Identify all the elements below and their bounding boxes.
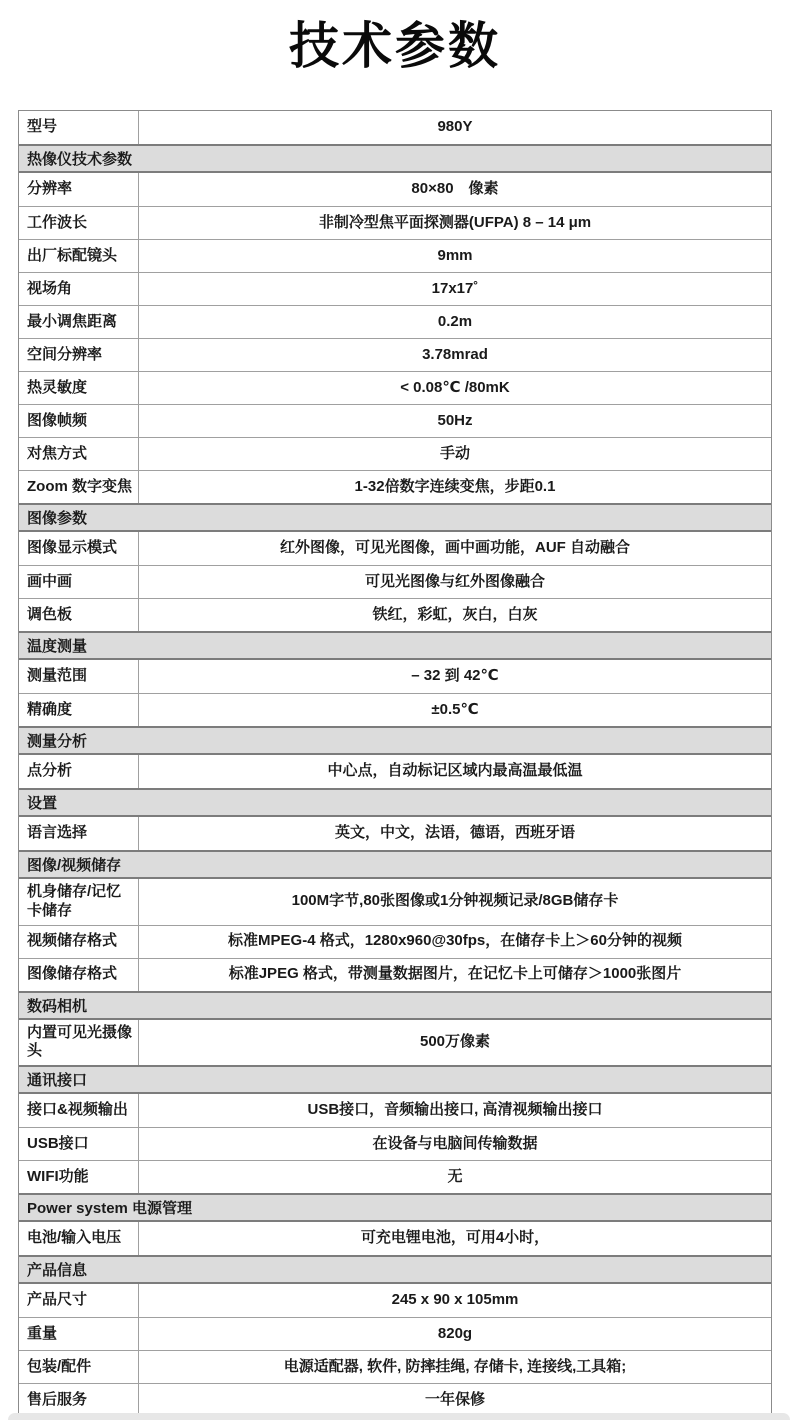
spec-label: 视频储存格式 — [19, 926, 139, 958]
spec-label: 测量范围 — [19, 660, 139, 693]
spec-label: 图像储存格式 — [19, 959, 139, 991]
spec-label: 售后服务 — [19, 1384, 139, 1416]
spec-value: 可充电锂电池，可用4小时， — [139, 1222, 771, 1255]
section-header-label: 数码相机 — [27, 995, 87, 1016]
spec-label: 内置可见光摄像头 — [19, 1020, 139, 1066]
spec-value: 50Hz — [139, 405, 771, 437]
spec-value: 铁红，彩虹，灰白，白灰 — [139, 599, 771, 631]
spec-value: 无 — [139, 1161, 771, 1193]
spec-row: 图像储存格式标准JPEG 格式，带测量数据图片，在记忆卡上可储存＞1000张图片 — [19, 958, 771, 991]
spec-value: 17x17˚ — [139, 273, 771, 305]
spec-label: 分辨率 — [19, 173, 139, 206]
spec-value: 一年保修 — [139, 1384, 771, 1416]
spec-row: 出厂标配镜头9mm — [19, 239, 771, 272]
spec-value: 3.78mrad — [139, 339, 771, 371]
spec-label: 最小调焦距离 — [19, 306, 139, 338]
spec-label: 出厂标配镜头 — [19, 240, 139, 272]
spec-value: 中心点，自动标记区域内最高温最低温 — [139, 755, 771, 788]
spec-row: 包装/配件电源适配器, 软件, 防摔挂绳, 存储卡, 连接线,工具箱; — [19, 1350, 771, 1383]
spec-value: 电源适配器, 软件, 防摔挂绳, 存储卡, 连接线,工具箱; — [139, 1351, 771, 1383]
section-header-row: Power system 电源管理 — [19, 1193, 771, 1222]
spec-row: 空间分辨率3.78mrad — [19, 338, 771, 371]
section-header-row: 热像仪技术参数 — [19, 144, 771, 173]
spec-label: WIFI功能 — [19, 1161, 139, 1193]
section-header-label: 产品信息 — [27, 1259, 87, 1280]
spec-row: 调色板铁红，彩虹，灰白，白灰 — [19, 598, 771, 631]
section-header-row: 数码相机 — [19, 991, 771, 1020]
section-header-label: 测量分析 — [27, 730, 87, 751]
section-header-row: 测量分析 — [19, 726, 771, 755]
spec-value: 500万像素 — [139, 1020, 771, 1066]
spec-label: USB接口 — [19, 1128, 139, 1160]
section-header-row: 设置 — [19, 788, 771, 817]
spec-value: 可见光图像与红外图像融合 — [139, 566, 771, 598]
section-header-label: 图像/视频储存 — [27, 854, 121, 875]
spec-label: 图像帧频 — [19, 405, 139, 437]
spec-row: WIFI功能无 — [19, 1160, 771, 1193]
spec-row: 视场角17x17˚ — [19, 272, 771, 305]
spec-row: 点分析中心点，自动标记区域内最高温最低温 — [19, 755, 771, 788]
spec-value: 1-32倍数字连续变焦，步距0.1 — [139, 471, 771, 503]
spec-value: 标准JPEG 格式，带测量数据图片，在记忆卡上可储存＞1000张图片 — [139, 959, 771, 991]
section-header-row: 图像/视频储存 — [19, 850, 771, 879]
spec-row: 测量范围– 32 到 42℃ — [19, 660, 771, 693]
spec-label: 型号 — [19, 111, 139, 144]
spec-value: – 32 到 42℃ — [139, 660, 771, 693]
section-header-label: Power system 电源管理 — [27, 1197, 192, 1218]
section-header-row: 通讯接口 — [19, 1065, 771, 1094]
spec-row: 型号980Y — [19, 111, 771, 144]
spec-label: Zoom 数字变焦 — [19, 471, 139, 503]
spec-value: 手动 — [139, 438, 771, 470]
spec-label: 接口&视频输出 — [19, 1094, 139, 1127]
spec-row: 对焦方式手动 — [19, 437, 771, 470]
spec-label: 语言选择 — [19, 817, 139, 850]
section-header-row: 温度测量 — [19, 631, 771, 660]
spec-row: 工作波长非制冷型焦平面探测器(UFPA) 8 – 14 μm — [19, 206, 771, 239]
spec-row: 产品尺寸245 x 90 x 105mm — [19, 1284, 771, 1317]
spec-value: 0.2m — [139, 306, 771, 338]
spec-label: 调色板 — [19, 599, 139, 631]
section-header-row: 产品信息 — [19, 1255, 771, 1284]
spec-value: USB接口，音频输出接口, 高清视频输出接口 — [139, 1094, 771, 1127]
spec-row: 重量820g — [19, 1317, 771, 1350]
spec-value: < 0.08℃ /80mK — [139, 372, 771, 404]
spec-label: 工作波长 — [19, 207, 139, 239]
spec-value: 80×80 像素 — [139, 173, 771, 206]
spec-label: 重量 — [19, 1318, 139, 1350]
spec-value: ±0.5℃ — [139, 694, 771, 726]
spec-value: 245 x 90 x 105mm — [139, 1284, 771, 1317]
spec-row: 语言选择英文，中文，法语，德语，西班牙语 — [19, 817, 771, 850]
spec-label: 精确度 — [19, 694, 139, 726]
spec-label: 电池/输入电压 — [19, 1222, 139, 1255]
spec-row: 分辨率80×80 像素 — [19, 173, 771, 206]
section-header-row: 图像参数 — [19, 503, 771, 532]
spec-value: 红外图像，可见光图像，画中画功能，AUF 自动融合 — [139, 532, 771, 565]
spec-label: 包装/配件 — [19, 1351, 139, 1383]
spec-row: 电池/输入电压可充电锂电池，可用4小时， — [19, 1222, 771, 1255]
spec-label: 点分析 — [19, 755, 139, 788]
spec-row: 视频储存格式标准MPEG-4 格式，1280x960@30fps，在储存卡上＞6… — [19, 925, 771, 958]
section-header-label: 热像仪技术参数 — [27, 148, 132, 169]
spec-row: Zoom 数字变焦1-32倍数字连续变焦，步距0.1 — [19, 470, 771, 503]
spec-label: 视场角 — [19, 273, 139, 305]
spec-value: 标准MPEG-4 格式，1280x960@30fps，在储存卡上＞60分钟的视频 — [139, 926, 771, 958]
spec-value: 非制冷型焦平面探测器(UFPA) 8 – 14 μm — [139, 207, 771, 239]
section-header-label: 设置 — [27, 792, 57, 813]
spec-row: 图像帧频50Hz — [19, 404, 771, 437]
spec-value: 英文，中文，法语，德语，西班牙语 — [139, 817, 771, 850]
page-title: 技术参数 — [0, 16, 790, 76]
spec-label: 产品尺寸 — [19, 1284, 139, 1317]
spec-row: 机身储存/记忆卡储存100M字节,80张图像或1分钟视频记录/8GB储存卡 — [19, 879, 771, 925]
section-header-label: 图像参数 — [27, 507, 87, 528]
spec-value: 9mm — [139, 240, 771, 272]
spec-label: 热灵敏度 — [19, 372, 139, 404]
section-header-label: 通讯接口 — [27, 1069, 87, 1090]
spec-row: 接口&视频输出USB接口，音频输出接口, 高清视频输出接口 — [19, 1094, 771, 1127]
spec-row: USB接口在设备与电脑间传输数据 — [19, 1127, 771, 1160]
spec-row: 画中画可见光图像与红外图像融合 — [19, 565, 771, 598]
spec-row: 最小调焦距离0.2m — [19, 305, 771, 338]
spec-row: 内置可见光摄像头500万像素 — [19, 1020, 771, 1066]
spec-value: 980Y — [139, 111, 771, 144]
spec-value: 100M字节,80张图像或1分钟视频记录/8GB储存卡 — [139, 879, 771, 925]
spec-label: 图像显示模式 — [19, 532, 139, 565]
spec-label: 空间分辨率 — [19, 339, 139, 371]
spec-row: 售后服务一年保修 — [19, 1383, 771, 1416]
spec-table: 型号980Y热像仪技术参数分辨率80×80 像素工作波长非制冷型焦平面探测器(U… — [18, 110, 772, 1417]
section-header-label: 温度测量 — [27, 635, 87, 656]
spec-label: 画中画 — [19, 566, 139, 598]
spec-value: 820g — [139, 1318, 771, 1350]
spec-label: 机身储存/记忆卡储存 — [19, 879, 139, 925]
bottom-strip-decoration — [8, 1413, 790, 1420]
spec-row: 精确度±0.5℃ — [19, 693, 771, 726]
spec-row: 图像显示模式红外图像，可见光图像，画中画功能，AUF 自动融合 — [19, 532, 771, 565]
spec-row: 热灵敏度< 0.08℃ /80mK — [19, 371, 771, 404]
spec-value: 在设备与电脑间传输数据 — [139, 1128, 771, 1160]
spec-label: 对焦方式 — [19, 438, 139, 470]
